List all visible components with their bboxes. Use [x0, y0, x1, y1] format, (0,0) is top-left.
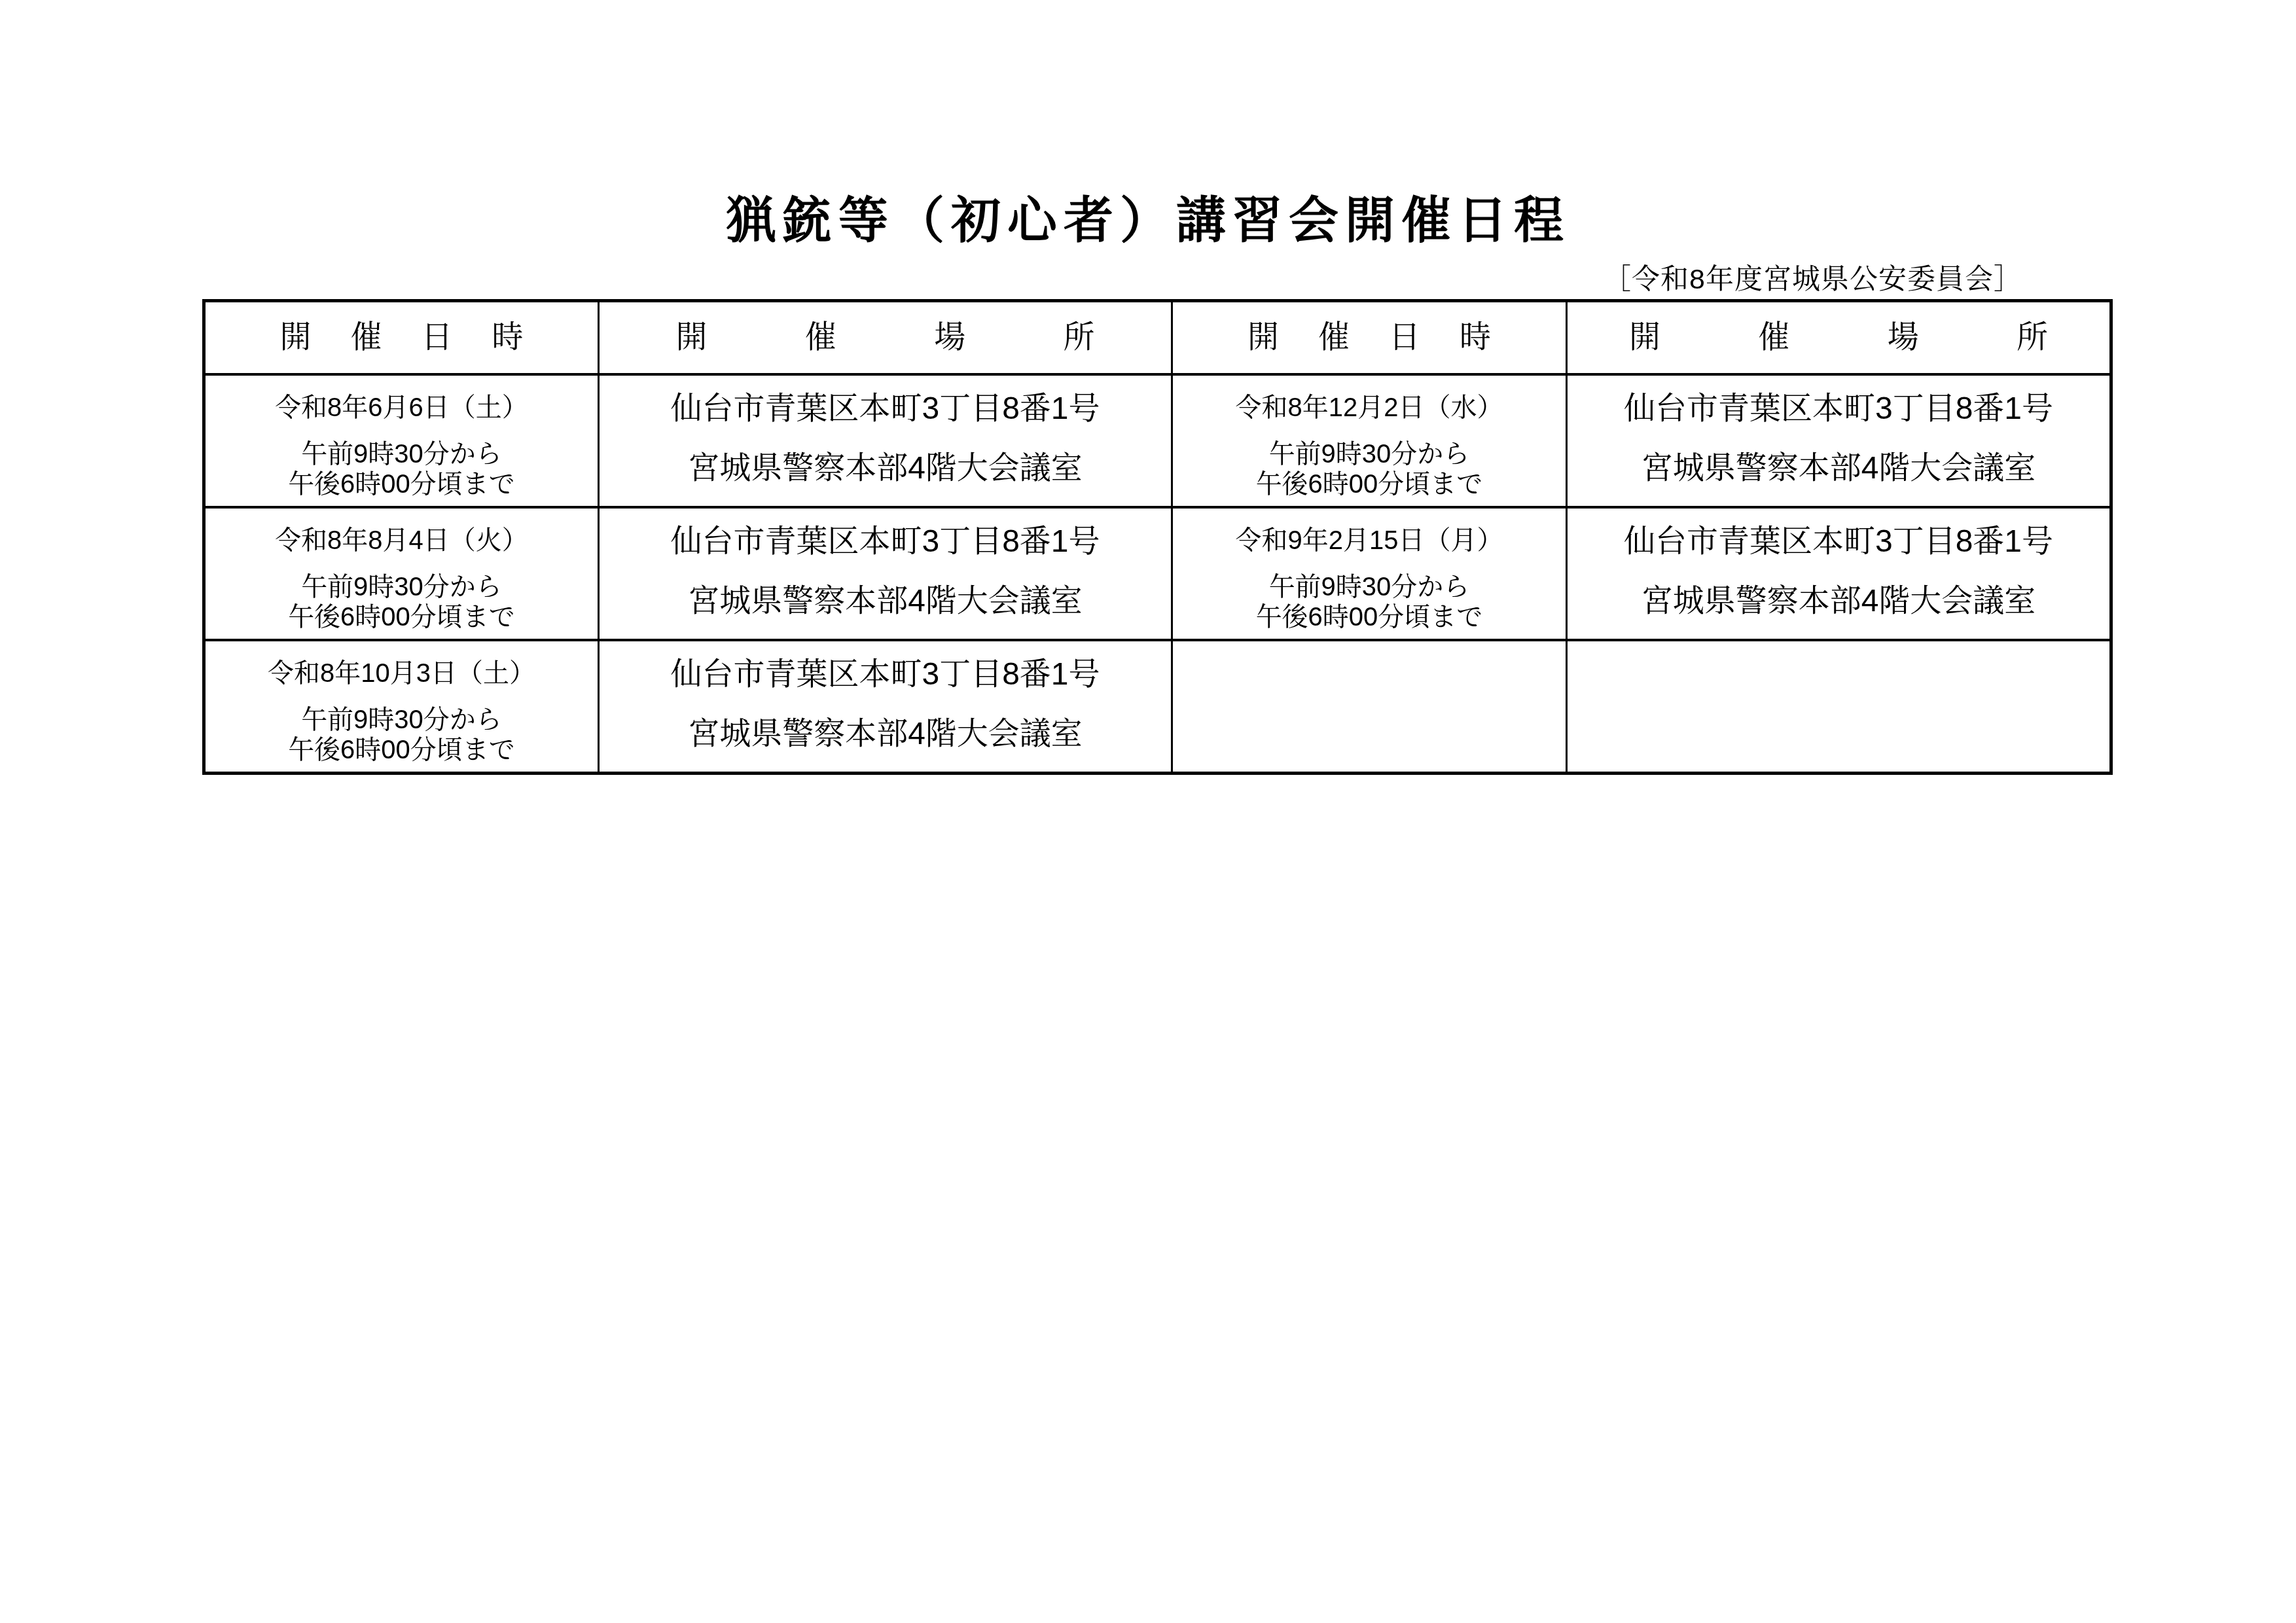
empty-place-cell [1568, 641, 2109, 772]
session-start-time: 午前9時30分から [288, 572, 515, 602]
session-end-time: 午後6時00分頃まで [1256, 602, 1483, 632]
session-address: 仙台市青葉区本町3丁目8番1号 [670, 524, 1100, 560]
column-header-place-right: 開 催 場 所 [1568, 302, 2109, 373]
column-header-label: 開 催 場 所 [1629, 322, 2048, 353]
session-4-datetime-cell: 令和8年12月2日（水） 午前9時30分から 午後6時00分頃まで [1173, 376, 1566, 506]
session-1-place-cell: 仙台市青葉区本町3丁目8番1号 宮城県警察本部4階大会議室 [600, 376, 1171, 506]
session-2-place-cell: 仙台市青葉区本町3丁目8番1号 宮城県警察本部4階大会議室 [600, 508, 1171, 639]
session-time-range: 午前9時30分から 午後6時00分頃まで [288, 705, 515, 765]
session-end-time: 午後6時00分頃まで [288, 469, 515, 499]
session-address: 仙台市青葉区本町3丁目8番1号 [1624, 391, 2053, 427]
session-end-time: 午後6時00分頃まで [288, 735, 515, 765]
session-3-place-cell: 仙台市青葉区本町3丁目8番1号 宮城県警察本部4階大会議室 [600, 641, 1171, 772]
session-end-time: 午後6時00分頃まで [1256, 469, 1483, 499]
page-title: 猟銃等（初心者）講習会開催日程 [0, 196, 2296, 246]
session-date: 令和8年6月6日（土） [275, 393, 528, 423]
session-venue: 宮城県警察本部4階大会議室 [688, 584, 1083, 619]
session-date: 令和9年2月15日（月） [1236, 526, 1503, 556]
committee-credit: ［令和8年度宮城県公安委員会］ [1603, 266, 2022, 294]
session-time-range: 午前9時30分から 午後6時00分頃まで [288, 439, 515, 499]
session-address: 仙台市青葉区本町3丁目8番1号 [670, 657, 1100, 692]
session-start-time: 午前9時30分から [1256, 572, 1483, 602]
session-start-time: 午前9時30分から [288, 439, 515, 469]
column-header-datetime-left: 開 催 日 時 [206, 302, 598, 373]
session-time-range: 午前9時30分から 午後6時00分頃まで [1256, 572, 1483, 632]
session-venue: 宮城県警察本部4階大会議室 [1641, 451, 2036, 486]
session-address: 仙台市青葉区本町3丁目8番1号 [670, 391, 1100, 427]
session-1-datetime-cell: 令和8年6月6日（土） 午前9時30分から 午後6時00分頃まで [206, 376, 598, 506]
column-header-place-left: 開 催 場 所 [600, 302, 1171, 373]
session-date: 令和8年10月3日（土） [268, 658, 535, 688]
session-start-time: 午前9時30分から [1256, 439, 1483, 469]
session-venue: 宮城県警察本部4階大会議室 [1641, 584, 2036, 619]
session-3-datetime-cell: 令和8年10月3日（土） 午前9時30分から 午後6時00分頃まで [206, 641, 598, 772]
session-time-range: 午前9時30分から 午後6時00分頃まで [288, 572, 515, 632]
session-date: 令和8年12月2日（水） [1236, 393, 1503, 423]
session-address: 仙台市青葉区本町3丁目8番1号 [1624, 524, 2053, 560]
session-5-datetime-cell: 令和9年2月15日（月） 午前9時30分から 午後6時00分頃まで [1173, 508, 1566, 639]
session-4-place-cell: 仙台市青葉区本町3丁目8番1号 宮城県警察本部4階大会議室 [1568, 376, 2109, 506]
session-venue: 宮城県警察本部4階大会議室 [688, 451, 1083, 486]
schedule-table: 開 催 日 時 開 催 場 所 開 催 日 時 開 催 場 所 令和8年6月6日… [202, 299, 2113, 775]
session-2-datetime-cell: 令和8年8月4日（火） 午前9時30分から 午後6時00分頃まで [206, 508, 598, 639]
column-header-label: 開 催 日 時 [1247, 322, 1491, 353]
session-5-place-cell: 仙台市青葉区本町3丁目8番1号 宮城県警察本部4階大会議室 [1568, 508, 2109, 639]
column-header-datetime-right: 開 催 日 時 [1173, 302, 1566, 373]
empty-datetime-cell [1173, 641, 1566, 772]
session-date: 令和8年8月4日（火） [275, 526, 528, 556]
session-end-time: 午後6時00分頃まで [288, 602, 515, 632]
column-header-label: 開 催 日 時 [280, 322, 524, 353]
session-start-time: 午前9時30分から [288, 705, 515, 735]
column-header-label: 開 催 場 所 [676, 322, 1095, 353]
session-time-range: 午前9時30分から 午後6時00分頃まで [1256, 439, 1483, 499]
session-venue: 宮城県警察本部4階大会議室 [688, 717, 1083, 752]
